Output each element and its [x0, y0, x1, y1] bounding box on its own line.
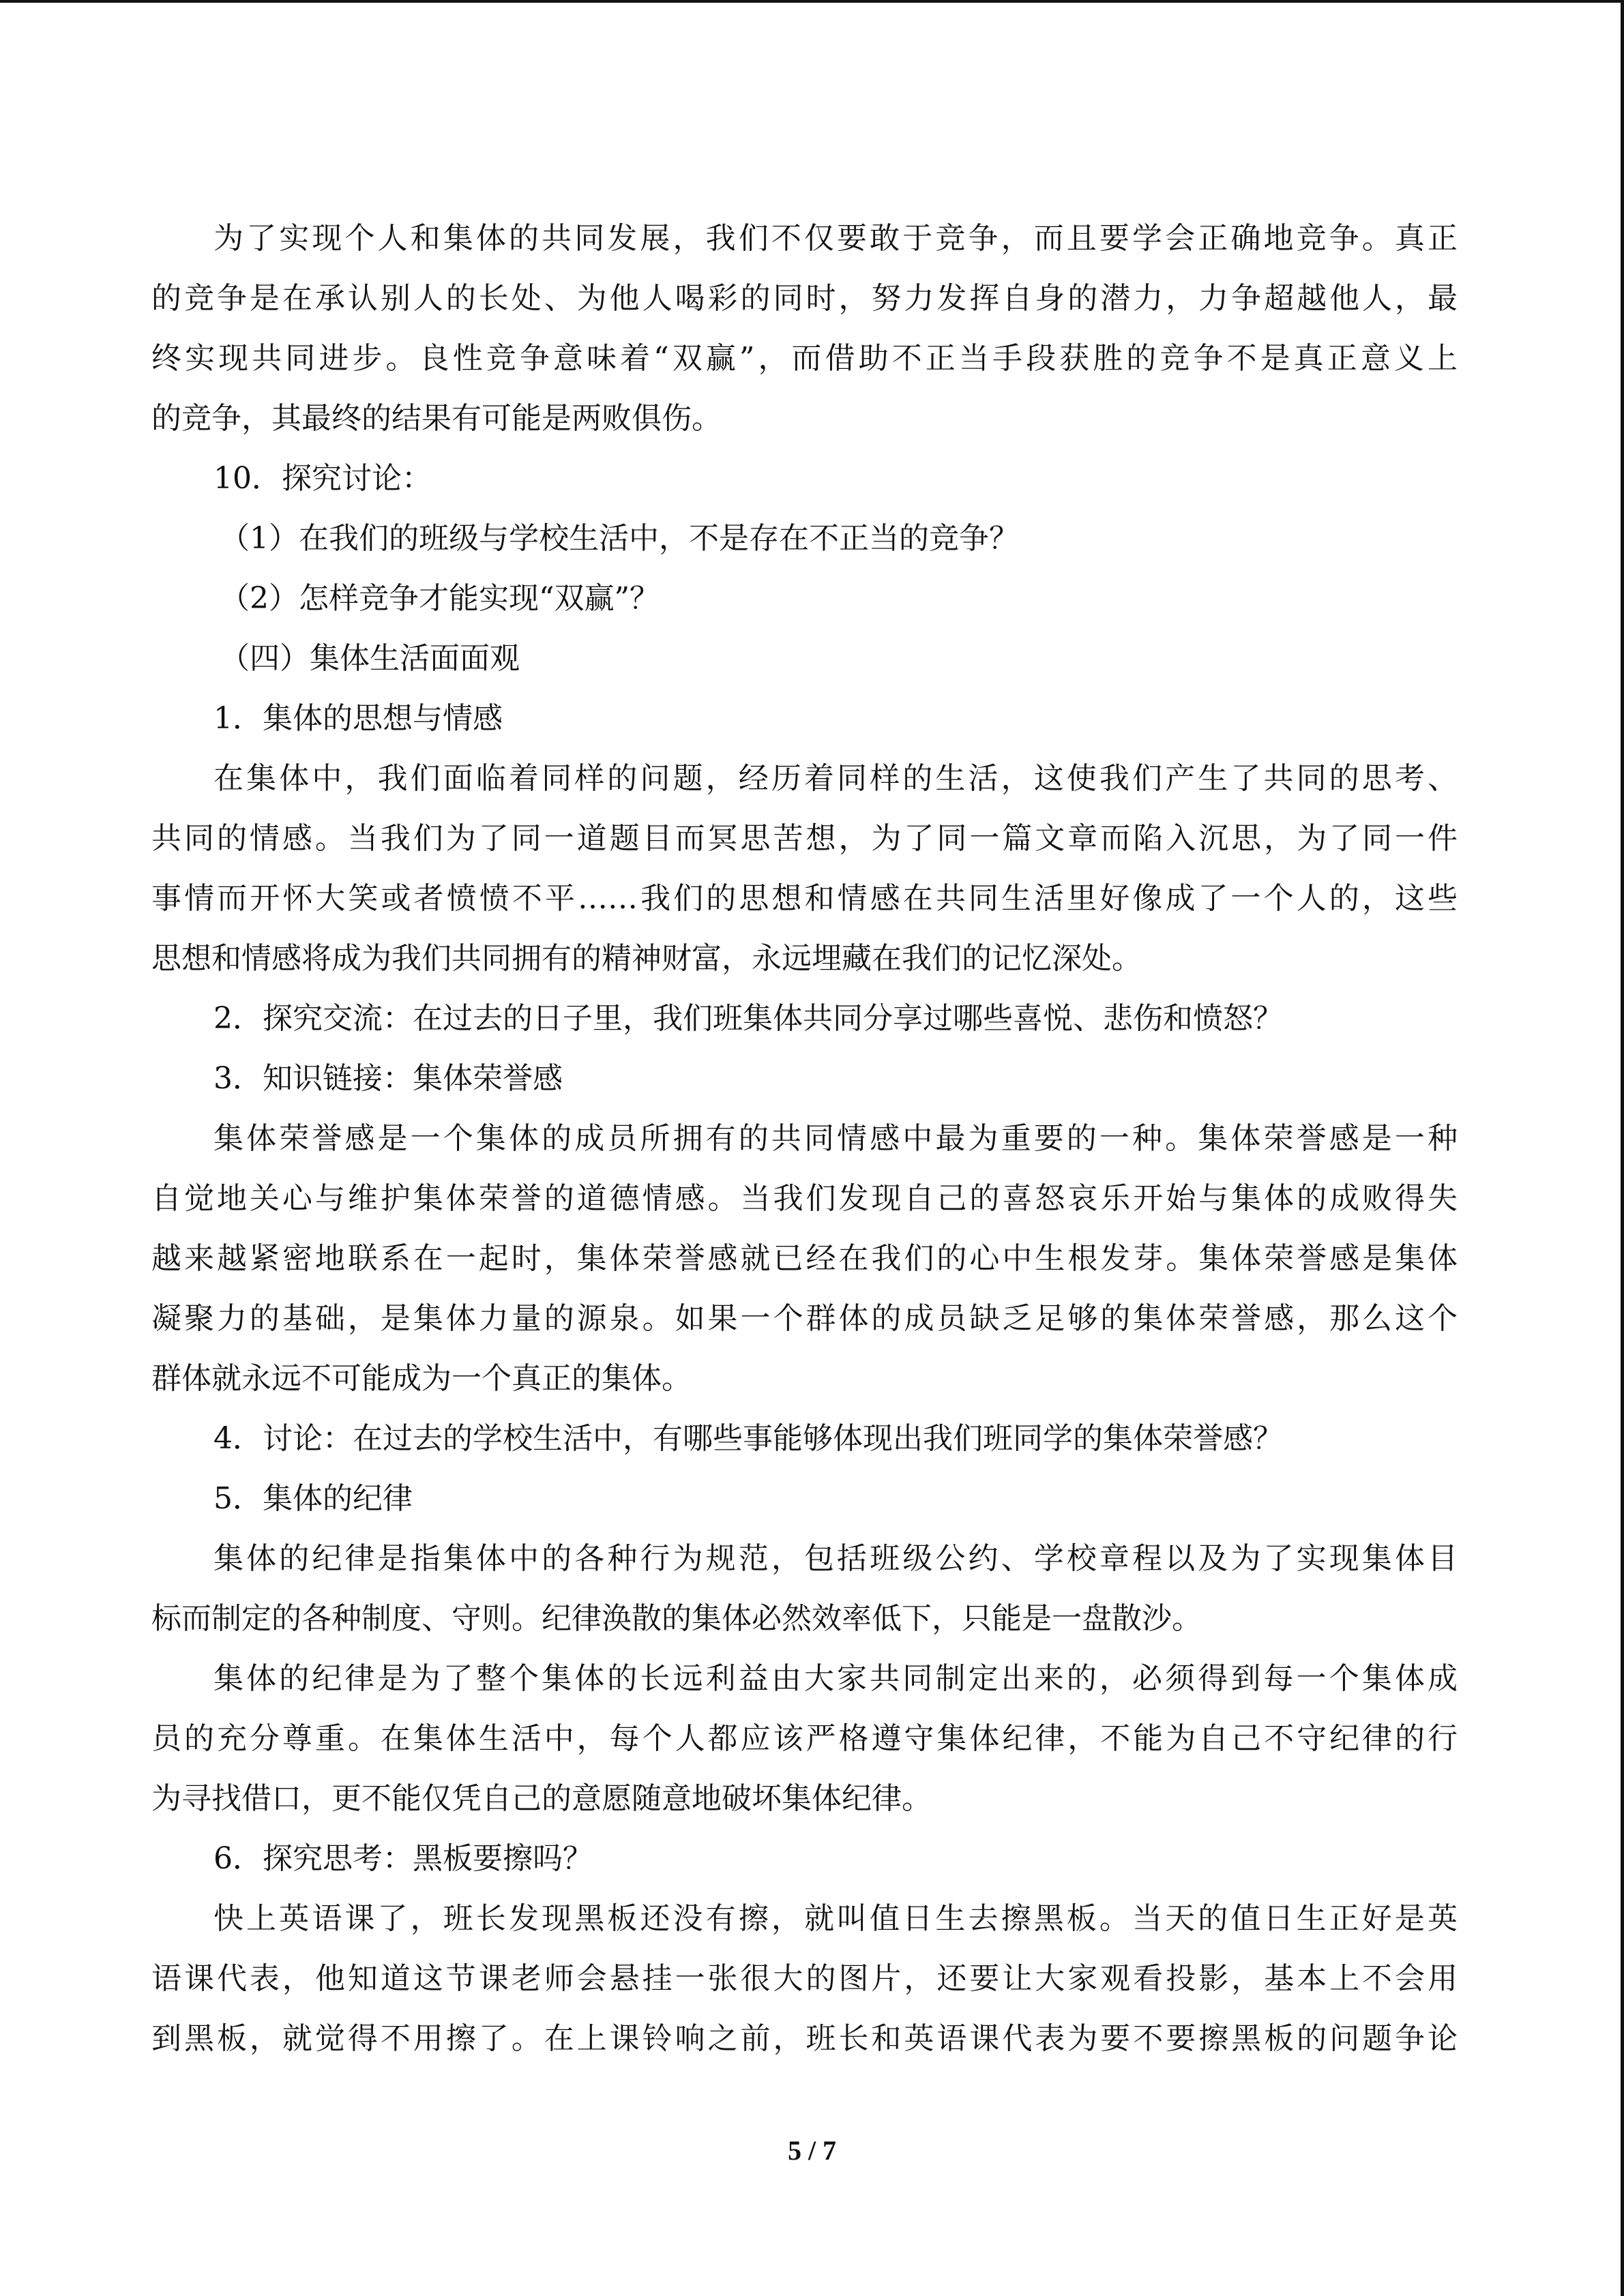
text-line: 在集体中，我们面临着同样的问题，经历着同样的生活，这使我们产生了共同的思考、: [151, 749, 1458, 809]
paragraph-discipline-respect: 集体的纪律是为了整个集体的长远利益由大家共同制定出来的，必须得到每一个集体成 员…: [151, 1649, 1458, 1829]
section-heading-1: 1．集体的思想与情感: [151, 689, 1458, 749]
paragraph-blackboard-story: 快上英语课了，班长发现黑板还没有擦，就叫值日生去擦黑板。当天的值日生正好是英 语…: [151, 1889, 1458, 2069]
text-line: 共同的情感。当我们为了同一道题目而冥思苦想，为了同一篇文章而陷入沉思，为了同一件: [151, 809, 1458, 869]
text-line: 凝聚力的基础，是集体力量的源泉。如果一个群体的成员缺乏足够的集体荣誉感，那么这个: [151, 1289, 1458, 1349]
text-line: 员的充分尊重。在集体生活中，每个人都应该严格遵守集体纪律，不能为自己不守纪律的行: [151, 1709, 1458, 1769]
text-line: 的竞争是在承认别人的长处、为他人喝彩的同时，努力发挥自身的潜力，力争超越他人，最: [151, 269, 1458, 329]
page-number: 5 / 7: [0, 2136, 1624, 2166]
discussion-question-2: （2）怎样竞争才能实现“双赢”？: [151, 569, 1458, 629]
section-heading-4: 4．讨论：在过去的学校生活中，有哪些事能够体现出我们班同学的集体荣誉感？: [151, 1409, 1458, 1469]
discussion-question-1: （1）在我们的班级与学校生活中，不是存在不正当的竞争？: [151, 509, 1458, 569]
text-line: 群体就永远不可能成为一个真正的集体。: [151, 1349, 1458, 1409]
text-line: 集体荣誉感是一个集体的成员所拥有的共同情感中最为重要的一种。集体荣誉感是一种: [151, 1109, 1458, 1169]
text-line: 的竞争，其最终的结果有可能是两败俱伤。: [151, 389, 1458, 449]
document-page: 为了实现个人和集体的共同发展，我们不仅要敢于竞争，而且要学会正确地竞争。真正 的…: [0, 0, 1624, 2296]
section-heading-5: 5．集体的纪律: [151, 1469, 1458, 1529]
text-line: 思想和情感将成为我们共同拥有的精神财富，永远埋藏在我们的记忆深处。: [151, 929, 1458, 989]
text-line: 快上英语课了，班长发现黑板还没有擦，就叫值日生去擦黑板。当天的值日生正好是英: [151, 1889, 1458, 1949]
section-heading-10: 10．探究讨论：: [151, 449, 1458, 509]
paragraph-competition: 为了实现个人和集体的共同发展，我们不仅要敢于竞争，而且要学会正确地竞争。真正 的…: [151, 209, 1458, 449]
paragraph-discipline-definition: 集体的纪律是指集体中的各种行为规范，包括班级公约、学校章程以及为了实现集体目 标…: [151, 1529, 1458, 1649]
text-line: 为了实现个人和集体的共同发展，我们不仅要敢于竞争，而且要学会正确地竞争。真正: [151, 209, 1458, 269]
text-line: 集体的纪律是指集体中的各种行为规范，包括班级公约、学校章程以及为了实现集体目: [151, 1529, 1458, 1589]
section-title-4: （四）集体生活面面观: [151, 629, 1458, 689]
paragraph-collective-thoughts: 在集体中，我们面临着同样的问题，经历着同样的生活，这使我们产生了共同的思考、 共…: [151, 749, 1458, 989]
page-content: 为了实现个人和集体的共同发展，我们不仅要敢于竞争，而且要学会正确地竞争。真正 的…: [151, 209, 1458, 2069]
paragraph-collective-honor: 集体荣誉感是一个集体的成员所拥有的共同情感中最为重要的一种。集体荣誉感是一种 自…: [151, 1109, 1458, 1409]
section-heading-3: 3．知识链接：集体荣誉感: [151, 1049, 1458, 1109]
text-line: 自觉地关心与维护集体荣誉的道德情感。当我们发现自己的喜怒哀乐开始与集体的成败得失: [151, 1169, 1458, 1229]
text-line: 到黑板，就觉得不用擦了。在上课铃响之前，班长和英语课代表为要不要擦黑板的问题争论: [151, 2009, 1458, 2069]
text-line: 越来越紧密地联系在一起时，集体荣誉感就已经在我们的心中生根发芽。集体荣誉感是集体: [151, 1229, 1458, 1289]
text-line: 为寻找借口，更不能仅凭自己的意愿随意地破坏集体纪律。: [151, 1769, 1458, 1829]
text-line: 语课代表，他知道这节课老师会悬挂一张很大的图片，还要让大家观看投影，基本上不会用: [151, 1949, 1458, 2009]
section-heading-6: 6．探究思考：黑板要擦吗？: [151, 1829, 1458, 1889]
section-heading-2: 2．探究交流：在过去的日子里，我们班集体共同分享过哪些喜悦、悲伤和愤怒？: [151, 989, 1458, 1049]
text-line: 标而制定的各种制度、守则。纪律涣散的集体必然效率低下，只能是一盘散沙。: [151, 1589, 1458, 1649]
text-line: 集体的纪律是为了整个集体的长远利益由大家共同制定出来的，必须得到每一个集体成: [151, 1649, 1458, 1709]
text-line: 终实现共同进步。良性竞争意味着“双赢”，而借助不正当手段获胜的竞争不是真正意义上: [151, 329, 1458, 389]
text-line: 事情而开怀大笑或者愤愤不平……我们的思想和情感在共同生活里好像成了一个人的，这些: [151, 869, 1458, 929]
